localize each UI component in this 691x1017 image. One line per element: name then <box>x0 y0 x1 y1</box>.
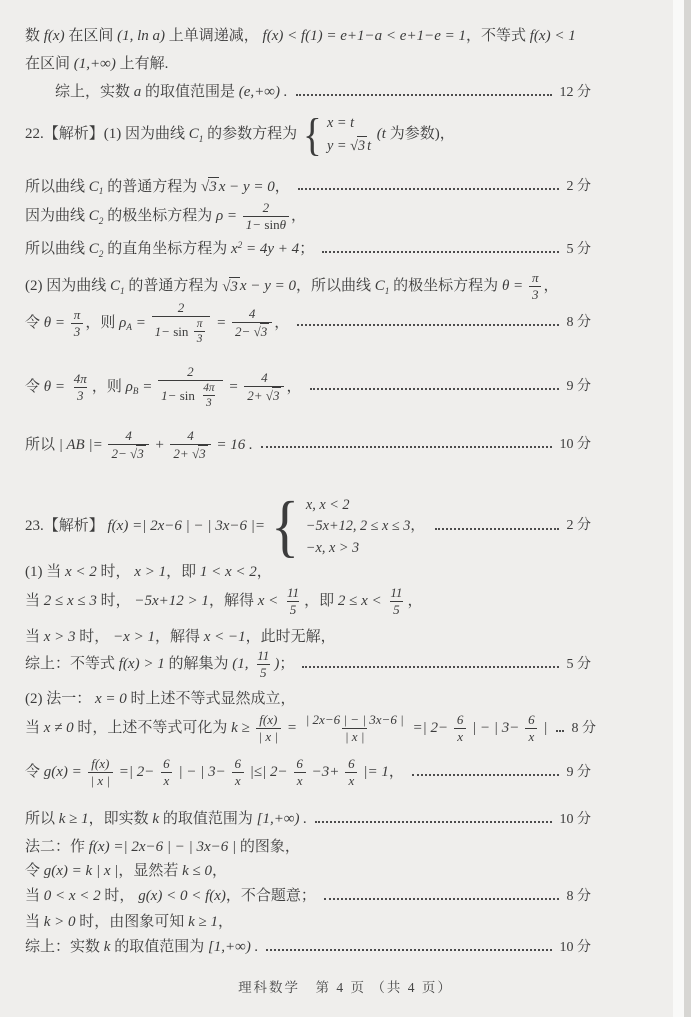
cases-row: −5x+12, 2 ≤ x ≤ 3， <box>306 517 425 536</box>
math-run: 4 <box>261 370 268 386</box>
text-run: ， <box>410 517 424 536</box>
text-run: 令 <box>25 763 44 783</box>
math-run: [1,+∞) . <box>208 938 258 958</box>
fraction: 4π3 <box>200 381 217 410</box>
math-run: −3+ <box>308 763 343 783</box>
fraction-denominator: 1− sin π3 <box>152 316 211 346</box>
cases-rows: x = ty = √3t <box>327 114 371 155</box>
math-run: | x | <box>91 773 111 789</box>
math-run: θ = <box>44 314 69 334</box>
text-run: 的参数方程为 <box>203 125 301 145</box>
text-run: 的普通方程为 <box>125 277 223 297</box>
math-run: 3 <box>261 324 268 339</box>
text-run: 令 <box>25 862 44 882</box>
score-mark: 8 分 <box>567 888 592 906</box>
math-run: = <box>132 314 150 334</box>
fraction: π3 <box>529 270 542 304</box>
text-run: 综上：不等式 <box>25 655 119 675</box>
fraction-denominator: x <box>525 728 537 745</box>
subscripted-symbol: C2 <box>89 207 104 227</box>
text-run: (2) 因为曲线 <box>25 277 110 297</box>
text-run: ， <box>543 277 558 297</box>
solution-line: 令 g(x) = f(x)| x | =| 2− 6x | − | 3− 6x … <box>25 756 591 790</box>
text-run: 所以 <box>25 436 59 456</box>
text-run: 时，由图象可知 <box>76 913 189 933</box>
subscripted-symbol: C1 <box>110 277 125 297</box>
radical-sign: √ <box>350 137 358 156</box>
symbol-base: C <box>89 241 99 257</box>
math-run: 3 <box>206 396 212 410</box>
math-run: 5 <box>393 602 400 618</box>
math-run: = <box>138 378 156 398</box>
square-root: √3 <box>130 445 146 462</box>
cases-rows: x, x < 2−5x+12, 2 ≤ x ≤ 3，−x, x > 3 <box>306 496 425 558</box>
fraction: π3 <box>71 307 84 341</box>
text-run: ，即实数 <box>89 810 153 830</box>
math-run: = <box>212 314 230 334</box>
math-run: θ = <box>44 378 69 398</box>
math-run: 5 <box>290 602 297 618</box>
text-run: 时， <box>97 592 135 612</box>
solution-line: (2) 因为曲线 C1 的普通方程为 √3x − y = 0，所以曲线 C1 的… <box>25 270 559 304</box>
solution-line: (1) 当 x < 2 时， x > 1，即 1 < x < 2， <box>25 563 272 583</box>
square-root: √3 <box>201 177 219 198</box>
text-run: (2) 法一： <box>25 690 95 710</box>
solution-line: 当 k > 0 时，由图象可知 k ≥ 1， <box>25 913 233 933</box>
math-run: k ≥ 1 <box>59 810 89 830</box>
math-run: a <box>134 83 142 103</box>
text-run: ，解得 <box>209 592 258 612</box>
superscripted-symbol: x2 <box>231 240 242 260</box>
solution-line: 所以曲线 C2 的直角坐标方程为 x2 = 4y + 4；5 分 <box>25 240 591 260</box>
math-run: x <box>528 729 534 745</box>
text-run: ，不等式 <box>466 27 530 47</box>
page-footer: 理科数学 第 4 页 （共 4 页） <box>0 976 691 996</box>
fraction-denominator: x <box>454 728 466 745</box>
math-run: |≤| 2− <box>246 763 291 783</box>
left-brace: { <box>303 112 322 158</box>
fraction-numerator: 2 <box>184 364 197 380</box>
fraction: 6x <box>345 756 358 790</box>
fraction-denominator: 5 <box>257 664 270 681</box>
subscripted-symbol: C1 <box>89 178 104 198</box>
text-run: 上有解. <box>116 55 169 75</box>
subscripted-symbol: C2 <box>89 240 104 260</box>
text-run: 的取值范围是 <box>141 83 239 103</box>
radicand: 3 <box>272 387 282 404</box>
dotted-leader <box>261 446 552 448</box>
text-run: ； <box>299 240 314 260</box>
math-run: 1− <box>161 388 180 404</box>
text-run: 时， <box>101 887 139 907</box>
fraction-numerator: 11 <box>254 648 272 664</box>
fraction-denominator: 3 <box>71 323 84 340</box>
symbol-subscript: 1 <box>99 187 104 197</box>
fraction: 4π3 <box>71 371 90 405</box>
radicand: 3 <box>208 177 219 198</box>
fraction-numerator: π <box>529 270 542 286</box>
solution-line: 综上：实数 k 的取值范围为 [1,+∞) .10 分 <box>25 938 591 958</box>
math-run: x, x < 2 <box>306 496 350 515</box>
dotted-leader <box>298 188 559 190</box>
math-run: 11 <box>257 648 269 664</box>
math-run: 6 <box>528 712 535 728</box>
dotted-leader <box>412 774 559 776</box>
math-run: 4 <box>249 306 256 322</box>
math-run: x > 1 <box>134 563 166 583</box>
math-run: 6 <box>234 756 241 772</box>
fraction-denominator: 2+ √3 <box>170 444 210 462</box>
text-run: ，即 <box>304 592 338 612</box>
math-run: −x > 1 <box>113 628 155 648</box>
math-run: −5x+12, 2 ≤ x ≤ 3 <box>306 517 411 536</box>
fraction: 6x <box>231 756 244 790</box>
score-mark: 5 分 <box>567 656 592 674</box>
math-run: f(x) <box>259 712 277 728</box>
text-run: 时上述不等式显然成立， <box>127 690 296 710</box>
fraction-numerator: 2 <box>260 200 273 216</box>
fraction-denominator: 1− sinθ <box>243 216 289 233</box>
fraction-denominator: x <box>294 772 306 789</box>
solution-line: 令 g(x) = k | x |，显然若 k ≤ 0， <box>25 862 227 882</box>
text-run: 上单调递减， <box>165 27 263 47</box>
radicand: 3 <box>229 277 240 298</box>
text-run: 因为曲线 <box>25 207 89 227</box>
score-mark: 10 分 <box>560 811 592 829</box>
math-run: f(x) <box>91 756 109 772</box>
math-run: 2 <box>178 300 185 316</box>
math-run: x − y = 0 <box>219 178 275 198</box>
radical-sign: √ <box>222 277 230 297</box>
fraction: 21− sin π3 <box>152 300 211 347</box>
text-run: (1) 当 <box>25 563 65 583</box>
math-run: = <box>225 378 243 398</box>
math-run: x ≠ 0 <box>44 719 74 739</box>
text-run: 数 <box>25 27 44 47</box>
fraction-numerator: 4π <box>200 381 217 395</box>
score-mark: 5 分 <box>567 241 592 259</box>
score-mark: 10 分 <box>560 939 592 957</box>
fraction: 6x <box>525 712 538 746</box>
text-run: 当 <box>25 592 44 612</box>
math-run: 4 <box>187 428 194 444</box>
radicand: 3 <box>136 445 146 462</box>
dotted-leader <box>315 821 551 823</box>
roman-run: sin <box>180 388 199 404</box>
text-run: 的取值范围为 <box>110 938 208 958</box>
dotted-leader <box>310 388 559 390</box>
dotted-leader <box>297 324 558 326</box>
text-run: ， <box>389 763 404 783</box>
solution-line: 当 2 ≤ x ≤ 3 时， −5x+12 > 1，解得 x < 115，即 2… <box>25 585 422 619</box>
math-run: [1,+∞) . <box>257 810 307 830</box>
text-run: 时， <box>97 563 135 583</box>
math-run: 2+ <box>247 388 266 404</box>
fraction-numerator: π <box>71 307 84 323</box>
text-run: ， <box>291 207 306 227</box>
math-run: 1− <box>246 217 265 233</box>
cases-row: −x, x > 3 <box>306 539 359 558</box>
text-run: 的极坐标方程为 <box>103 207 216 227</box>
solution-line: 当 x > 3 时， −x > 1，解得 x < −1，此时无解， <box>25 628 336 648</box>
score-mark: 9 分 <box>567 378 592 396</box>
score-mark: 2 分 <box>567 517 592 535</box>
fraction-numerator: | 2x−6 | − | 3x−6 | <box>303 712 407 728</box>
dotted-leader <box>296 94 552 96</box>
math-run: 4π <box>203 381 214 395</box>
symbol-subscript: A <box>126 323 132 333</box>
fraction-denominator: 2− √3 <box>108 444 148 462</box>
square-root: √3 <box>266 387 282 404</box>
dotted-leader <box>266 949 551 951</box>
fraction: 115 <box>284 585 302 619</box>
dotted-leader <box>302 666 558 668</box>
dotted-leader <box>556 730 564 732</box>
math-run: 2 <box>263 200 270 216</box>
solution-line: 在区间 (1,+∞) 上有解. <box>25 55 168 75</box>
math-run: =| 2− <box>115 763 158 783</box>
math-run: | x | <box>345 729 365 745</box>
solution-line: 综上，实数 a 的取值范围是 (e,+∞) .12 分 <box>55 83 591 103</box>
text-run: ，此时无解， <box>246 628 336 648</box>
fraction-denominator: | x | <box>342 728 368 745</box>
score-mark: 9 分 <box>567 764 592 782</box>
math-run: 4 <box>125 428 132 444</box>
fraction-numerator: f(x) <box>88 756 112 772</box>
solution-line: 因为曲线 C2 的极坐标方程为 ρ = 21− sinθ， <box>25 200 306 234</box>
math-run: k ≥ 1 <box>188 913 218 933</box>
math-run: =| 2− <box>409 719 452 739</box>
symbol-subscript: 1 <box>120 287 125 297</box>
scanned-exam-page: { "page": { "footer": "理科数学 第 4 页 （共 4 页… <box>0 0 691 1017</box>
text-run: ，即 <box>166 563 200 583</box>
fraction-numerator: 4 <box>258 370 271 386</box>
math-run: x = 0 <box>95 690 127 710</box>
square-root: √3 <box>192 445 208 462</box>
fraction: | 2x−6 | − | 3x−6 || x | <box>303 712 407 746</box>
radicand: 3 <box>198 445 208 462</box>
square-root: √3 <box>254 323 270 340</box>
math-run: ρ = <box>216 207 241 227</box>
fraction-numerator: 4π <box>71 371 90 387</box>
score-mark: 8 分 <box>572 720 597 738</box>
fraction-numerator: f(x) <box>256 712 280 728</box>
fraction-numerator: 6 <box>345 756 358 772</box>
solution-line: 令 θ = 4π3，则 ρB = 21− sin 4π3 = 42+ √3，9 … <box>25 364 591 411</box>
symbol-subscript: 2 <box>99 217 104 227</box>
fraction-denominator: x <box>232 772 244 789</box>
text-run: 综上：实数 <box>25 938 104 958</box>
math-run: | AB |= <box>59 436 107 456</box>
math-run: 6 <box>296 756 303 772</box>
text-run: 的极坐标方程为 <box>389 277 502 297</box>
left-brace: { <box>271 492 299 561</box>
text-run: ，则 <box>85 314 119 334</box>
math-run: x < −1 <box>204 628 246 648</box>
text-run: 当 <box>25 628 44 648</box>
text-run: 22.【解析】(1) 因为曲线 <box>25 125 189 145</box>
text-run: 时， <box>76 628 114 648</box>
math-run: g(x) < 0 < f(x) <box>138 887 226 907</box>
fraction: f(x)| x | <box>256 712 282 746</box>
math-run: f(x) <box>44 27 65 47</box>
symbol-base: x <box>231 241 238 257</box>
math-run: 5 <box>260 665 267 681</box>
text-run: ，显然若 <box>118 862 182 882</box>
fraction-denominator: 3 <box>194 331 206 346</box>
fraction: 42+ √3 <box>244 370 284 405</box>
math-run: x <box>164 773 170 789</box>
symbol-subscript: 1 <box>199 135 204 145</box>
text-run: 综上，实数 <box>55 83 134 103</box>
roman-run: sin <box>173 324 192 340</box>
text-run: 所以曲线 <box>25 240 89 260</box>
cases-group: {x, x < 2−5x+12, 2 ≤ x ≤ 3，−x, x > 3 <box>271 492 425 561</box>
symbol-base: C <box>89 179 99 195</box>
text-run: 时，上述不等式可化为 <box>74 719 232 739</box>
math-run: f(x) =| 2x−6 | − | 3x−6 | <box>89 838 236 858</box>
text-run: 在区间 <box>65 27 118 47</box>
radical-sign: √ <box>201 178 209 198</box>
fraction: 42+ √3 <box>170 428 210 463</box>
solution-line: 数 f(x) 在区间 (1, ln a) 上单调递减， f(x) < f(1) … <box>25 27 576 47</box>
solution-line: (2) 法一： x = 0 时上述不等式显然成立， <box>25 690 296 710</box>
fraction: 21− sin 4π3 <box>158 364 222 411</box>
roman-run: sin <box>264 217 279 233</box>
fraction-numerator: 4 <box>184 428 197 444</box>
cases-row: x, x < 2 <box>306 496 350 515</box>
solution-line: 所以曲线 C1 的普通方程为 √3x − y = 0，2 分 <box>25 177 591 198</box>
math-run: 3 <box>74 324 81 340</box>
math-run: 2 <box>187 364 194 380</box>
fraction-numerator: 6 <box>525 712 538 728</box>
fraction-denominator: | x | <box>88 772 114 789</box>
fraction-denominator: x <box>161 772 173 789</box>
math-run: y = <box>327 137 350 156</box>
fraction-numerator: π <box>194 317 206 331</box>
score-mark: 2 分 <box>567 178 592 196</box>
math-run: 6 <box>348 756 355 772</box>
math-run: x < <box>258 592 282 612</box>
text-run: 的图象， <box>236 838 300 858</box>
solution-line: 所以 k ≥ 1，即实数 k 的取值范围为 [1,+∞) .10 分 <box>25 810 591 830</box>
score-mark: 12 分 <box>560 84 592 102</box>
symbol-subscript: 2 <box>99 250 104 260</box>
text-run: 当 <box>25 719 44 739</box>
score-mark: 10 分 <box>560 436 592 454</box>
fraction: π3 <box>194 317 206 346</box>
radicand: 3 <box>260 323 270 340</box>
math-run: (1,+∞) <box>74 55 116 75</box>
fraction-numerator: 11 <box>284 585 302 601</box>
math-run: | − | 3− <box>468 719 523 739</box>
math-run: (t <box>373 125 390 145</box>
cases-row: x = t <box>327 114 354 133</box>
subscripted-symbol: ρA <box>119 314 132 334</box>
text-run: ，解得 <box>155 628 204 648</box>
text-run: 所以 <box>25 810 59 830</box>
math-run: 3 <box>197 332 203 346</box>
math-run: x <box>457 729 463 745</box>
page-edge-highlight <box>673 0 684 1017</box>
math-run: 3 <box>137 446 144 461</box>
cases-group: {x = ty = √3t <box>303 112 371 158</box>
solution-line: 所以 | AB |= 42− √3 + 42+ √3 = 16 .10 分 <box>25 428 591 463</box>
text-run: ，则 <box>92 378 126 398</box>
math-run: 3 <box>209 179 217 195</box>
math-run: π <box>532 270 539 286</box>
math-run: 0 < x < 2 <box>44 887 101 907</box>
math-run: k ≤ 0 <box>182 862 212 882</box>
text-run: 法二：作 <box>25 838 89 858</box>
text-run: 令 <box>25 378 44 398</box>
dotted-leader <box>435 528 559 530</box>
math-run: k > 0 <box>44 913 76 933</box>
symbol-subscript: 1 <box>385 287 390 297</box>
math-run: −5x+12 > 1 <box>134 592 209 612</box>
symbol-superscript: 2 <box>238 241 243 251</box>
math-run: | x | <box>259 729 279 745</box>
math-run: 11 <box>287 585 299 601</box>
text-run: 在区间 <box>25 55 74 75</box>
fraction-numerator: 6 <box>160 756 173 772</box>
fraction: 6x <box>293 756 306 790</box>
math-run: 2 ≤ x < <box>338 592 386 612</box>
fraction-numerator: 6 <box>293 756 306 772</box>
math-run: = <box>283 719 301 739</box>
square-root: √3 <box>222 277 240 298</box>
math-run: = 4y + 4 <box>242 240 299 260</box>
math-run: 3 <box>77 388 84 404</box>
text-run: ，所以曲线 <box>296 277 375 297</box>
symbol-base: C <box>375 278 385 294</box>
math-run: f(x) =| 2x−6 | − | 3x−6 |= <box>108 517 269 537</box>
text-run: ，不合题意； <box>226 887 316 907</box>
text-run: ， <box>274 314 289 334</box>
math-run: x < 2 <box>65 563 97 583</box>
solution-line: 法二：作 f(x) =| 2x−6 | − | 3x−6 | 的图象， <box>25 838 300 858</box>
dotted-leader <box>324 898 559 900</box>
text-run: 为参数)， <box>390 125 455 145</box>
math-run: + <box>151 436 169 456</box>
fraction-denominator: 2− √3 <box>232 322 272 340</box>
text-run: ； <box>279 655 294 675</box>
radicand: 3 <box>357 136 367 156</box>
math-run: 4π <box>74 371 87 387</box>
math-run: g(x) = <box>44 763 86 783</box>
math-run: x > 3 <box>44 628 76 648</box>
text-run: ， <box>218 913 233 933</box>
subscripted-symbol: C1 <box>189 125 204 145</box>
fraction: 6x <box>454 712 467 746</box>
text-run: ， <box>407 592 422 612</box>
math-run: 6 <box>163 756 170 772</box>
radical-sign: √ <box>266 388 273 404</box>
math-run: x <box>348 773 354 789</box>
text-run: 的直角坐标方程为 <box>103 240 231 260</box>
math-run: |= 1 <box>360 763 389 783</box>
fraction-numerator: 6 <box>454 712 467 728</box>
radical-sign: √ <box>254 324 261 340</box>
fraction-denominator: 3 <box>203 395 215 410</box>
math-run: θ = <box>502 277 527 297</box>
text-run: 所以曲线 <box>25 178 89 198</box>
symbol-base: ρ <box>126 379 133 395</box>
math-run: | − | 3− <box>175 763 230 783</box>
math-run: f(x) < f(1) = e+1−a < e+1−e = 1 <box>263 27 466 47</box>
math-run: π <box>74 307 81 323</box>
math-run: x <box>297 773 303 789</box>
